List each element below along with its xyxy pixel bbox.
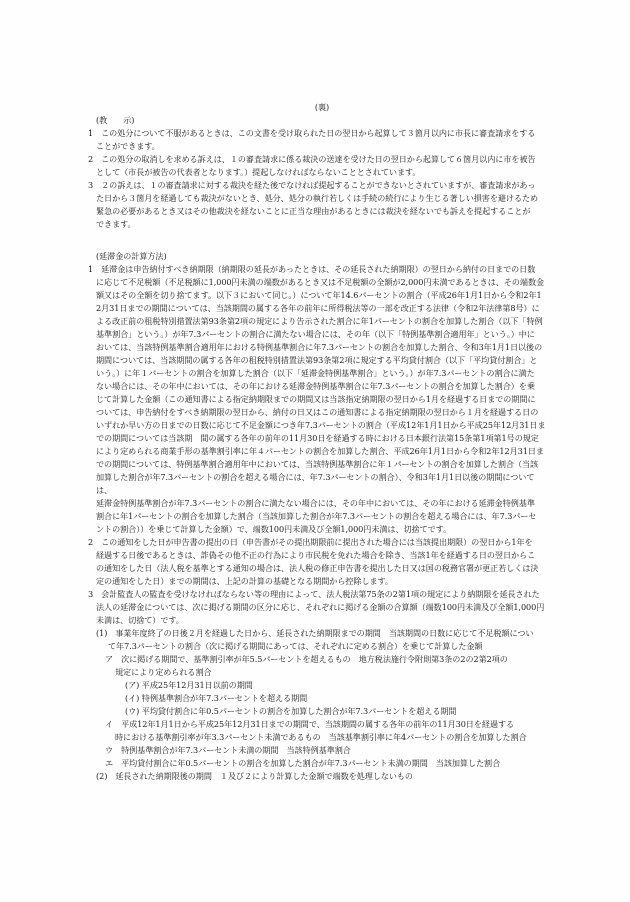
calc-line: に応じて不足税額（不足税額に1,000円未満の端数があるとき又は不足税額の全額が… [88, 276, 548, 289]
sub-item-line: て年7.3パーセントの割合（次に掲げる期間にあっては、それぞれに定める割合）を乗… [88, 640, 548, 653]
calc-line: 延滞金特例基準割合が年7.3パーセントの割合に満たない場合には、その年中において… [88, 497, 548, 510]
calc-line: により定められる商業手形の基準割引率に年４パーセントの割合を加算した割合、平成2… [88, 445, 548, 458]
instruction-line: として（市長が被告の代表者となります。）提起しなければならないこととされています… [88, 166, 548, 179]
instruction-line: た日から３箇月を経過しても裁決がないとき、処分、処分の執行若しくは手続の続行によ… [88, 192, 548, 205]
instruction-line: 3 ２の訴えは、１の審査請求に対する裁決を経た後でなければ提起することができない… [88, 179, 548, 192]
calc-heading: (延滞金の計算方法) [88, 250, 548, 263]
sub-item-line: イ 平成12年1月1日から平成25年12月31日までの期間で、当該期間の属する各… [88, 718, 548, 731]
calc-item-1: 1 延滞金は申告納付すべき納期限（納期限の延長があったときは、その延長された納期… [88, 263, 548, 536]
sub-item-line: ウ 特例基準割合が年7.3パーセント未満の期間 当該特例基準割合 [88, 744, 548, 757]
calc-line: よる改正前の租税特別措置法第93条第2項の規定により告示された割合に年1パーセン… [88, 315, 548, 328]
calc-line: 期間については、当該期間の属する各年の租税特別措置法第93条第2項に規定する平均… [88, 354, 548, 367]
calc-line: 3 会計監査人の監査を受けなければならない等の理由によって、法人税法第75条の2… [88, 588, 548, 601]
calc-line: 経過する日後であるときは、詐偽その他不正の行為により市民税を免れた場合を除き、当… [88, 549, 548, 562]
calc-line: 2 この通知をした日が申告書の提出の日（申告書がその提出期限前に提出された場合に… [88, 536, 548, 549]
calc-line: 基準割合」という。）が年7.3パーセントの割合に満たない場合には、その年（以下「… [88, 328, 548, 341]
sub-item-u: ウ 特例基準割合が年7.3パーセント未満の期間 当該特例基準割合 [88, 744, 548, 757]
sub-item-line: 規定により定められる割合 [88, 666, 548, 679]
calc-line: での期間については当該期 間の属する各年の前年の11月30日を経過する時における… [88, 432, 548, 445]
instruction-line: 緊急の必要があるとき又はその他裁決を経ないことに正当な理由があるときには裁決を経… [88, 205, 548, 218]
calc-line: の通知をした日（法人税を基準とする通知の場合は、法人税の修正申告書を提出した日又… [88, 562, 548, 575]
document-body: (裏) (教 示) 1 この処分について不服があるときは、この文書を受け取られた… [88, 101, 548, 783]
sub-item-1: (1) 事業年度終了の日後２月を経過した日から、延長された納期限までの期間 当該… [88, 627, 548, 770]
calc-line: いう。）に年１パーセントの割合を加算した割合（以下「延滞金特例基準割合」という。… [88, 367, 548, 380]
sub-item-2: (2) 延長された納期限後の期間 １及び２により計算した金額で端数を処理しないも… [88, 770, 548, 783]
instruction-line: 1 この処分について不服があるときは、この文書を受け取られた日の翌日から起算して… [88, 127, 548, 140]
side-label: (裏) [88, 101, 548, 114]
instruction-heading: (教 示) [88, 114, 548, 127]
calc-item-2: 2 この通知をした日が申告書の提出の日（申告書がその提出期限前に提出された場合に… [88, 536, 548, 588]
calc-line: 割合に年1パーセントの割合を加算した割合（当該加算した割合が年7.3パーセントの… [88, 510, 548, 523]
sub-item-e: エ 平均貸付割合に年0.5パーセントの割合を加算した割合が年7.3パーセント未満… [88, 757, 548, 770]
calc-line: ントの割合））を乗じて計算した金額）で、端数100円未満及び全額1,000円未満… [88, 523, 548, 536]
instruction-line: できます。 [88, 218, 548, 231]
sub-item-line: ア 次に掲げる期間で、基準割引率が年5.5パーセントを超えるもの 地方税法施行令… [88, 653, 548, 666]
document-page: (裏) (教 示) 1 この処分について不服があるときは、この文書を受け取られた… [0, 0, 630, 902]
calc-line: 2月31日までの期間については、当該期間の属する各年の前年に所得税法等の一部を改… [88, 302, 548, 315]
calc-line: ついては、申告納付をすべき納期限の翌日から、納付の日又はこの通知書による指定納期… [88, 406, 548, 419]
calc-item-3: 3 会計監査人の監査を受けなければならない等の理由によって、法人税法第75条の2… [88, 588, 548, 783]
spacer [88, 231, 548, 244]
sub-item-line: (ア) 平成25年12月31日以前の期間 [88, 679, 548, 692]
calc-line: 未満は、切捨て）です。 [88, 614, 548, 627]
sub-item-line: 時における基準割引率が年3.3パーセント未満であるもの 当該基準割引率に年4パー… [88, 731, 548, 744]
sub-item-line: (1) 事業年度終了の日後２月を経過した日から、延長された納期限までの期間 当該… [88, 627, 548, 640]
calc-line: 法人の延滞金については、次に掲げる期間の区分に応じ、それぞれに掲げる金額の合算額… [88, 601, 548, 614]
sub-item-i: イ 平成12年1月1日から平成25年12月31日までの期間で、当該期間の属する各… [88, 718, 548, 744]
calc-line: じて計算した金額（この通知書による指定納期限までの期間又は当該指定納期限の翌日か… [88, 393, 548, 406]
sub-item-line: エ 平均貸付割合に年0.5パーセントの割合を加算した割合が年7.3パーセント未満… [88, 757, 548, 770]
calc-line: での期間については、特例基準割合適用年中においては、当該特例基準割合に年１パーセ… [88, 458, 548, 471]
calc-line: いずれか早い方の日までの日数に応じて不足金額につき年7.3パーセントの割合（平成… [88, 419, 548, 432]
calc-line: 定の通知をした日）までの期間は、上記の計算の基礎となる期間から控除します。 [88, 575, 548, 588]
calc-line: 加算した割合が年7.3パーセントの割合を超える場合には、年7.3パーセントの割合… [88, 471, 548, 497]
instruction-line: ことができます。 [88, 140, 548, 153]
calc-line: 1 延滞金は申告納付すべき納期限（納期限の延長があったときは、その延長された納期… [88, 263, 548, 276]
calc-line: ない場合には、その年中においては、その年における延滞金特例基準割合に年7.3パー… [88, 380, 548, 393]
calc-line: おいては、当該特例基準割合適用年における特例基準割合に年7.3パーセントの割合を… [88, 341, 548, 354]
instruction-item: 2 この処分の取消しを求める訴えは、１の審査請求に係る裁決の送達を受けた日の翌日… [88, 153, 548, 179]
sub-item-line: (イ) 特例基準割合が年7.3パーセントを超える期間 [88, 692, 548, 705]
instruction-line: 2 この処分の取消しを求める訴えは、１の審査請求に係る裁決の送達を受けた日の翌日… [88, 153, 548, 166]
calc-line: 額又はその全額を切り捨てます。以下３において同じ。）について年14.6パーセント… [88, 289, 548, 302]
instruction-item: 3 ２の訴えは、１の審査請求に対する裁決を経た後でなければ提起することができない… [88, 179, 548, 231]
sub-item-line: (2) 延長された納期限後の期間 １及び２により計算した金額で端数を処理しないも… [88, 770, 548, 783]
sub-item-a: ア 次に掲げる期間で、基準割引率が年5.5パーセントを超えるもの 地方税法施行令… [88, 653, 548, 718]
sub-item-line: (ウ) 平均貸付割合に年0.5パーセントの割合を加算した割合が年7.3パーセント… [88, 705, 548, 718]
instruction-item: 1 この処分について不服があるときは、この文書を受け取られた日の翌日から起算して… [88, 127, 548, 153]
